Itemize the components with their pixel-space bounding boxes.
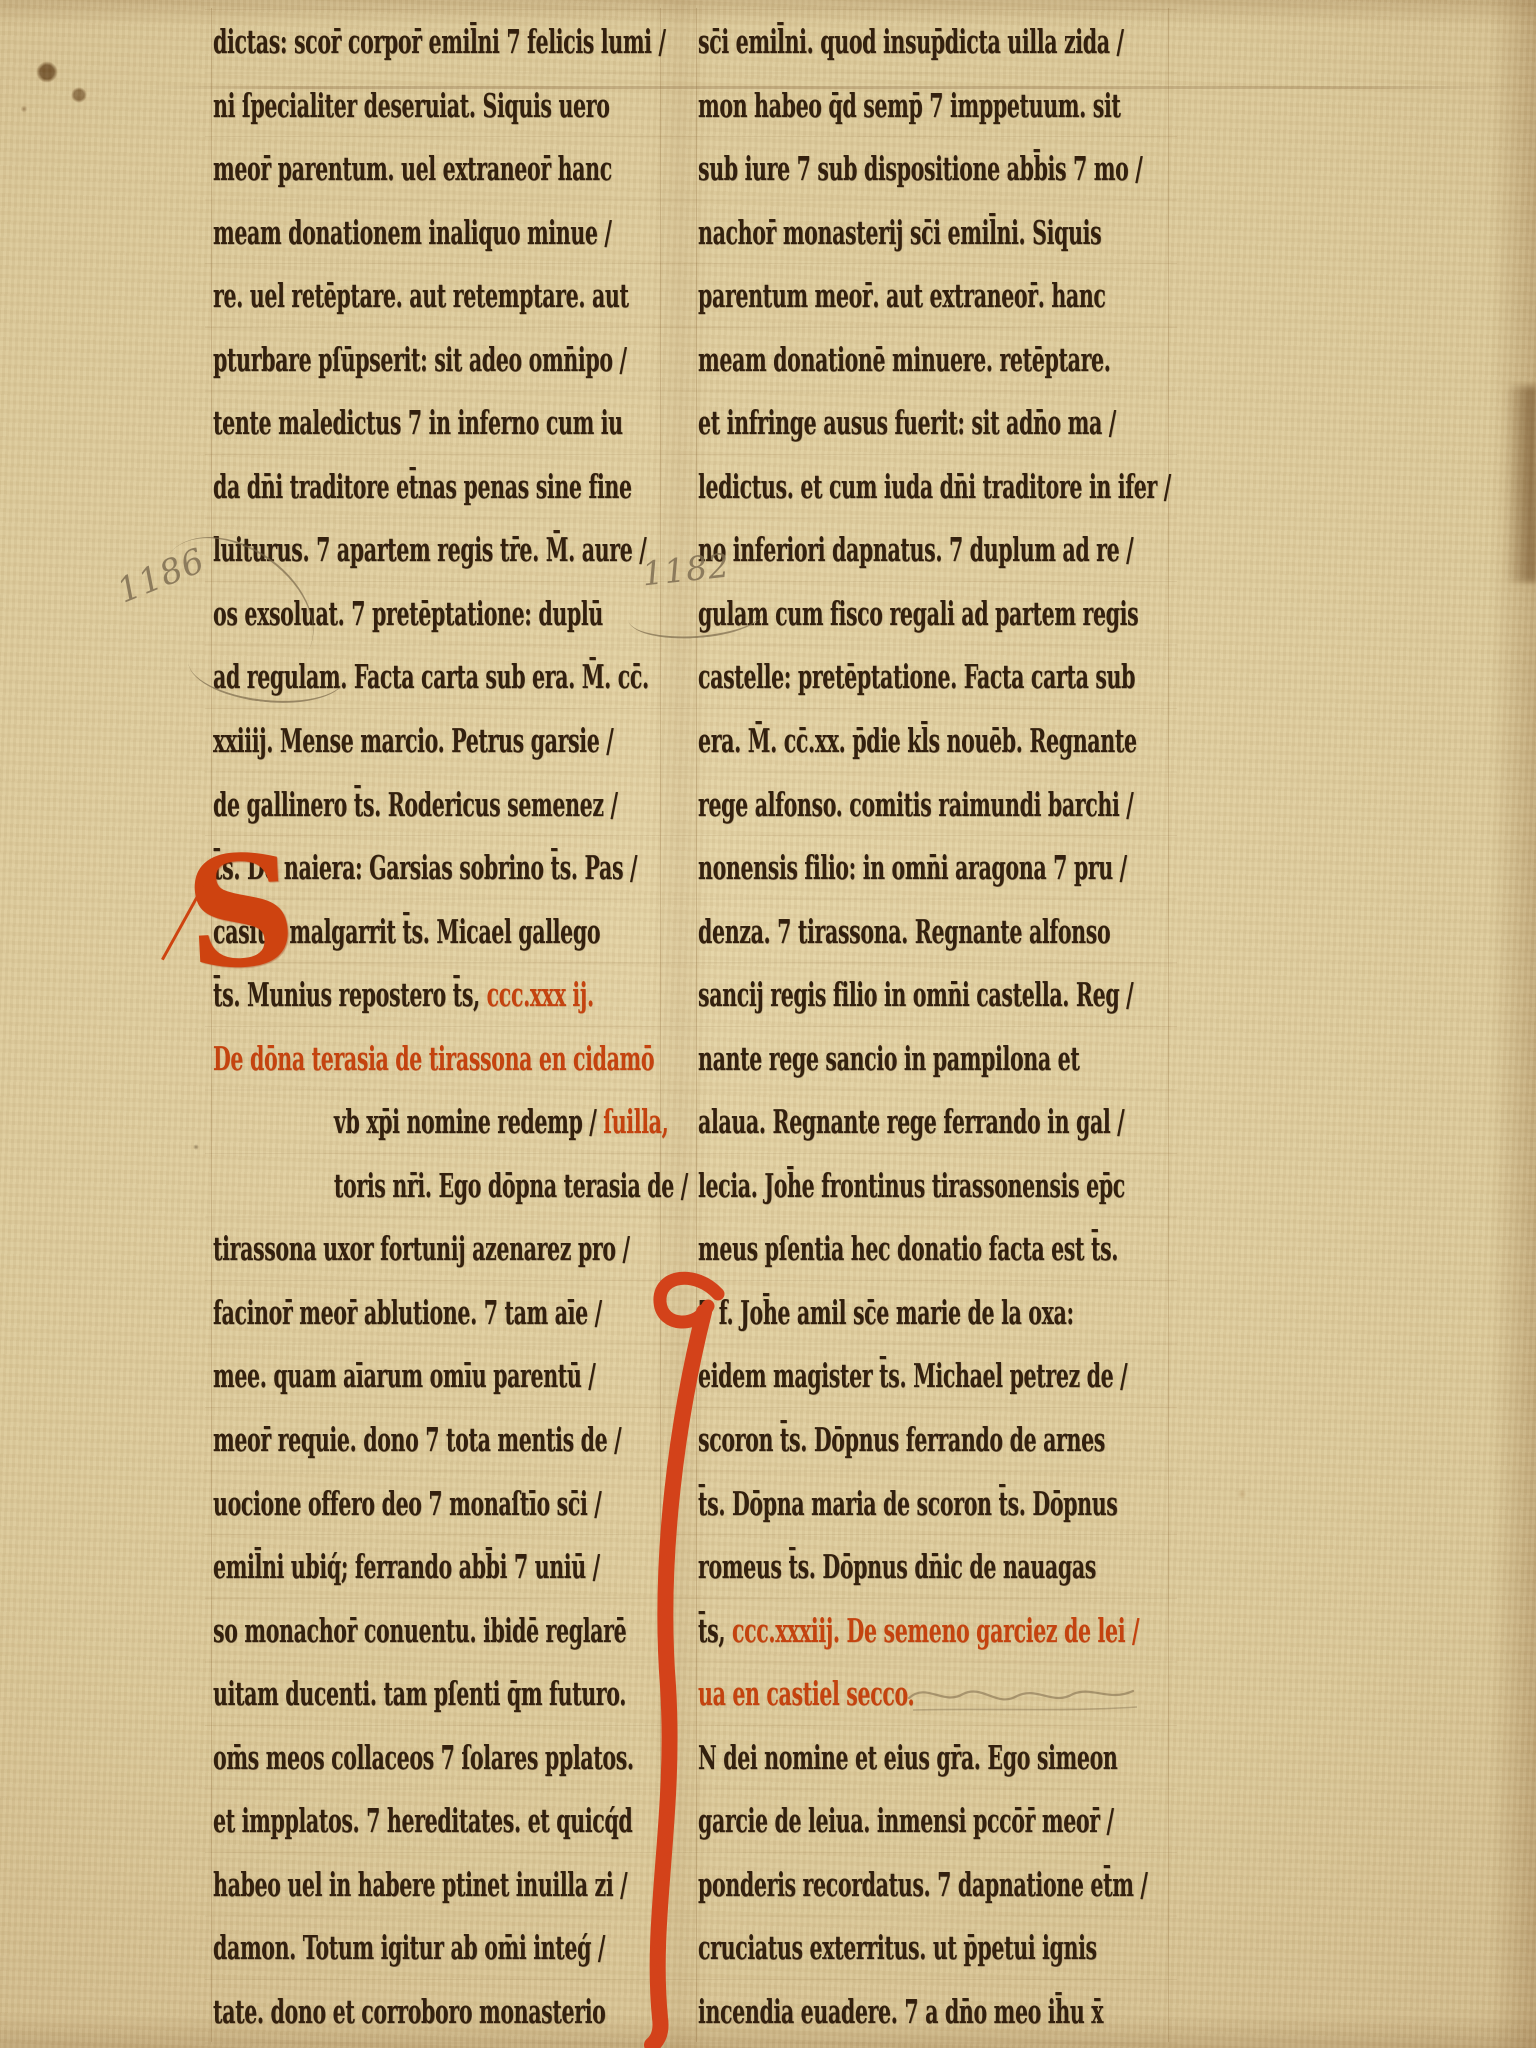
ink-text-run: parentum meor̄. aut extraneor̄. hanc: [698, 276, 1106, 315]
ink-text-run: alaua. Regnante rege ferrando in gal /: [698, 1102, 1124, 1141]
ink-text-run: mee. quam aīarum omīu parentū /: [213, 1356, 595, 1395]
ink-text-run: tate. dono et corroboro monasterio: [213, 1992, 605, 2031]
ink-text-run: no inferiori dapnatus. 7 duplum ad re /: [698, 530, 1133, 569]
text-line: ledictus. et cum iuda dn̄i traditore in …: [698, 455, 991, 519]
ink-text-run: meor̄ parentum. uel extraneor̄ hanc: [213, 149, 612, 188]
text-line: parentum meor̄. aut extraneor̄. hanc: [698, 264, 991, 328]
ink-text-run: uitam ducenti. tam pſenti q̄m futuro.: [213, 1674, 626, 1713]
text-line: De dōna terasia de tirassona en cidamō: [213, 1027, 493, 1091]
text-line: uocione offero deo 7 monaſtīo sc̄i /: [213, 1472, 493, 1536]
ink-text-run: N dei nomine et eius gr̄a. Ego simeon: [698, 1738, 1117, 1777]
text-column-right: sc̄i emil̄ni. quod insup̄dicta uilla zid…: [698, 10, 1170, 2044]
text-line: mee. quam aīarum omīu parentū /: [213, 1344, 493, 1408]
ink-text-run: rege alfonso. comitis raimundi barchi /: [698, 785, 1133, 824]
ink-text-run: denza. 7 tirassona. Regnante alfonso: [698, 912, 1110, 951]
text-line: meor̄ parentum. uel extraneor̄ hanc: [213, 137, 493, 201]
ink-text-run: eidem magister t̄s. Michael petrez de /: [698, 1356, 1127, 1395]
text-line: pturbare pſūpserit: sit adeo omn̄ipo /: [213, 328, 493, 392]
ink-text-run: ledictus. et cum iuda dn̄i traditore in …: [698, 467, 1171, 506]
text-line: da dn̄i traditore et̄nas penas sine fine: [213, 455, 493, 519]
ink-text-run: vb xp̄i nomine redemp /: [334, 1102, 603, 1141]
ink-text-run: et impplatos. 7 hereditates. et quicq́d: [213, 1801, 632, 1840]
text-line: ni ſpecialiter deseruiat. Siquis uero: [213, 74, 493, 138]
rubric-text-run: ccc.xxx ij.: [487, 975, 594, 1014]
text-line: habeo uel in habere ptinet inuilla zi /: [213, 1853, 493, 1917]
text-line: facinor̄ meor̄ ablutione. 7 tam aīe /: [213, 1281, 493, 1345]
ink-text-run: facinor̄ meor̄ ablutione. 7 tam aīe /: [213, 1293, 602, 1332]
ink-text-run: so monachor̄ conuentu. ibidē reglarē: [213, 1611, 626, 1650]
ink-text-run: sub iure 7 sub dispositione abb̄is 7 mo …: [698, 149, 1142, 188]
ink-text-run: damon. Totum igitur ab om̄i inteǵ /: [213, 1928, 605, 1967]
text-line: vb xp̄i nomine redemp / ſuilla,: [213, 1090, 493, 1154]
rubricated-initial-I: [600, 1266, 760, 2048]
text-line: nachor̄ monasterij sc̄i emil̄ni. Siquis: [698, 201, 991, 265]
text-line: om̄s meos collaceos 7 ſolares pplatos.: [213, 1726, 493, 1790]
ink-text-run: meus pſentia hec donatio facta est t̄s.: [698, 1229, 1118, 1268]
text-line: so monachor̄ conuentu. ibidē reglarē: [213, 1599, 493, 1663]
ink-text-run: et infringe ausus fuerit: sit adn̄o ma /: [698, 403, 1116, 442]
text-line: tente maledictus 7 in inferno cum iu: [213, 391, 493, 455]
text-line: tirassona uxor fortunij azenarez pro /: [213, 1217, 493, 1281]
text-line: re. uel retēptare. aut retemptare. aut: [213, 264, 493, 328]
ink-text-run: toris nr̄i. Ego dōpna terasia de /: [334, 1166, 688, 1205]
text-line: et impplatos. 7 hereditates. et quicq́d: [213, 1789, 493, 1853]
text-line: toris nr̄i. Ego dōpna terasia de /: [213, 1154, 493, 1218]
rubric-text-run: ccc.xxxiij. De semeno garciez de lei /: [732, 1611, 1139, 1650]
ink-text-run: meam donationem inaliquo minue /: [213, 213, 612, 252]
text-line: sancij regis filio in omn̄i castella. Re…: [698, 963, 991, 1027]
manuscript-page: dictas: scor̄ corpor̄ emil̄ni 7 felicis …: [0, 0, 1536, 2048]
text-line: sc̄i emil̄ni. quod insup̄dicta uilla zid…: [698, 10, 991, 74]
ink-text-run: luiturus. 7 apartem regis tr̄e. M̄. aure…: [213, 530, 646, 569]
ink-text-run: meor̄ requie. dono 7 tota mentis de /: [213, 1420, 621, 1459]
ink-text-run: gulam cum fisco regali ad partem regis: [698, 594, 1138, 633]
ink-text-run: pturbare pſūpserit: sit adeo omn̄ipo /: [213, 340, 627, 379]
faded-ink-scribble: [903, 1678, 1147, 1720]
text-line: nonensis filio: in omn̄i aragona 7 pru /: [698, 836, 991, 900]
ink-text-run: era. M̄. cc̄.xx. p̄die kl̄s nouēb. Regna…: [698, 721, 1137, 760]
text-line: uitam ducenti. tam pſenti q̄m futuro.: [213, 1662, 493, 1726]
ink-text-run: uocione offero deo 7 monaſtīo sc̄i /: [213, 1484, 601, 1523]
ink-text-run: tirassona uxor fortunij azenarez pro /: [213, 1229, 630, 1268]
text-line: castelle: pretēptatione. Facta carta sub: [698, 645, 991, 709]
ruling-column-guide: [211, 8, 212, 2042]
text-column-left: dictas: scor̄ corpor̄ emil̄ni 7 felicis …: [213, 10, 665, 2044]
ink-text-run: ni ſpecialiter deseruiat. Siquis uero: [213, 86, 610, 125]
ink-text-run: nante rege sancio in pampilona et: [698, 1039, 1079, 1078]
ink-text-run: nachor̄ monasterij sc̄i emil̄ni. Siquis: [698, 213, 1101, 252]
ink-text-run: emil̄ni ubiq́; ferrando abb̄i 7 uniū /: [213, 1547, 600, 1586]
text-line: mon habeo q̄d semp̄ 7 imppetuum. sit: [698, 74, 991, 138]
ink-text-run: nonensis filio: in omn̄i aragona 7 pru /: [698, 848, 1127, 887]
text-line: rege alfonso. comitis raimundi barchi /: [698, 773, 991, 837]
text-line: meor̄ requie. dono 7 tota mentis de /: [213, 1408, 493, 1472]
text-line: et infringe ausus fuerit: sit adn̄o ma /: [698, 391, 991, 455]
ink-text-run: mon habeo q̄d semp̄ 7 imppetuum. sit: [698, 86, 1121, 125]
ink-text-run: dictas: scor̄ corpor̄ emil̄ni 7 felicis …: [213, 22, 666, 61]
ink-text-run: castelle: pretēptatione. Facta carta sub: [698, 657, 1135, 696]
ink-text-run: xxiiij. Mense marcio. Petrus garsie /: [213, 721, 613, 760]
text-line: era. M̄. cc̄.xx. p̄die kl̄s nouēb. Regna…: [698, 709, 991, 773]
rubric-text-run: De dōna terasia de tirassona en cidamō: [213, 1039, 654, 1078]
ink-text-run: ponderis recordatus. 7 dapnatione et̄m /: [698, 1865, 1148, 1904]
text-line: xxiiij. Mense marcio. Petrus garsie /: [213, 709, 493, 773]
ink-text-run: habeo uel in habere ptinet inuilla zi /: [213, 1865, 627, 1904]
page-edge-stain: [1505, 386, 1536, 582]
text-line: sub iure 7 sub dispositione abb̄is 7 mo …: [698, 137, 991, 201]
text-line: dictas: scor̄ corpor̄ emil̄ni 7 felicis …: [213, 10, 493, 74]
ink-text-run: sc̄i emil̄ni. quod insup̄dicta uilla zid…: [698, 22, 1124, 61]
ink-text-run: tente maledictus 7 in inferno cum iu: [213, 403, 623, 442]
ink-text-run: sancij regis filio in omn̄i castella. Re…: [698, 975, 1133, 1014]
text-line: damon. Totum igitur ab om̄i inteǵ /: [213, 1916, 493, 1980]
ink-text-run: re. uel retēptare. aut retemptare. aut: [213, 276, 629, 315]
ink-text-run: da dn̄i traditore et̄nas penas sine fine: [213, 467, 632, 506]
ink-text-run: de gallinero t̄s. Rodericus semenez /: [213, 785, 618, 824]
ink-text-run: om̄s meos collaceos 7 ſolares pplatos.: [213, 1738, 634, 1777]
ink-text-run: garcie de leiua. inmensi pccōr̄ meor̄ /: [698, 1801, 1114, 1840]
text-line: no inferiori dapnatus. 7 duplum ad re /: [698, 518, 991, 582]
text-line: denza. 7 tirassona. Regnante alfonso: [698, 900, 991, 964]
rubricated-initial-S: S: [182, 833, 300, 991]
text-line: tate. dono et corroboro monasterio: [213, 1980, 493, 2044]
text-line: meam donationē minuere. retēptare.: [698, 328, 991, 392]
ink-text-run: meam donationē minuere. retēptare.: [698, 340, 1111, 379]
text-line: nante rege sancio in pampilona et: [698, 1027, 991, 1091]
text-line: emil̄ni ubiq́; ferrando abb̄i 7 uniū /: [213, 1535, 493, 1599]
rubric-text-run: ſuilla,: [603, 1102, 668, 1141]
text-line: lecia. Joh̄e frontinus tirassonensis ep̄…: [698, 1154, 991, 1218]
text-line: alaua. Regnante rege ferrando in gal /: [698, 1090, 991, 1154]
ink-text-run: lecia. Joh̄e frontinus tirassonensis ep̄…: [698, 1166, 1125, 1205]
ink-text-run: t̄s. Dōpna maria de scoron t̄s. Dōpnus: [698, 1484, 1118, 1523]
text-line: meam donationem inaliquo minue /: [213, 201, 493, 265]
